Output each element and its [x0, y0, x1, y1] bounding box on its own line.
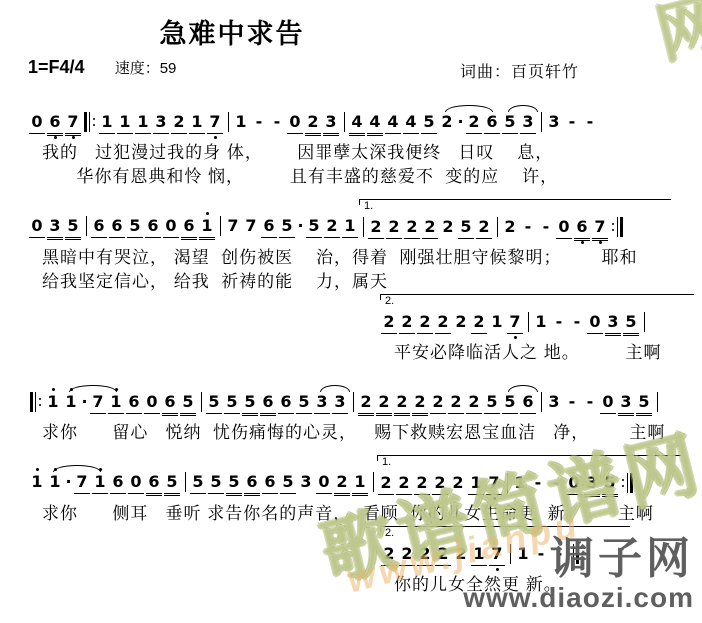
lyric-line: 华你有恩典和怜 悯， 且有丰盛的慈爱不 变的应 许，: [42, 165, 702, 189]
barline: [524, 305, 532, 341]
duration-dash: -: [581, 385, 599, 421]
note: 1: [134, 105, 152, 141]
note: 3: [152, 105, 170, 141]
notation-line: 2.222222171--035: [380, 294, 702, 341]
note: 1: [107, 385, 125, 421]
note: 1: [232, 105, 250, 141]
augmentation-dot: ·: [80, 385, 89, 421]
note: 2: [465, 105, 483, 141]
repeat-start-sign: [82, 105, 98, 141]
music-system: 03566560617765·5211.22222522--067黑暗中有哭泣，…: [28, 199, 702, 294]
barline: [224, 105, 232, 141]
note: 2: [429, 385, 447, 421]
note: 2: [393, 385, 411, 421]
note: 2: [170, 105, 188, 141]
note: 2: [438, 105, 456, 141]
note: 7: [64, 105, 82, 141]
note: 7: [73, 465, 91, 501]
note: 1: [62, 385, 80, 421]
note: 5: [207, 465, 225, 501]
augmentation-dot: ·: [64, 465, 73, 501]
watermark-diaozi: 调子网 www.diaozi.com: [463, 536, 694, 614]
duration-dash: -: [581, 105, 599, 141]
note: 5: [305, 209, 323, 245]
duration-dash: -: [268, 105, 286, 141]
note: 5: [622, 305, 640, 341]
repeat-colon-dots: [612, 223, 614, 231]
note: 2: [323, 209, 341, 245]
note: 5: [241, 385, 259, 421]
note: 5: [223, 385, 241, 421]
note: 5: [501, 385, 519, 421]
note: 0: [127, 465, 145, 501]
lyric-line: 黑暗中有哭泣， 渴望 创伤被医 治，得着 刚强壮胆守候黎明； 耶和: [42, 246, 702, 270]
note: 1: [44, 385, 62, 421]
barline: [216, 209, 224, 245]
octave-dot-below: [54, 136, 57, 139]
note: 6: [259, 385, 277, 421]
duration-dash: -: [563, 385, 581, 421]
note: 2: [411, 385, 429, 421]
note: 6: [161, 385, 179, 421]
volta-segment: 1.22222522--067: [359, 199, 671, 246]
note: 1: [341, 209, 359, 245]
note: 0: [586, 305, 604, 341]
lyric-line: 平安必降临活人之 地。 主啊: [394, 341, 702, 365]
note: 2: [375, 385, 393, 421]
barline: [537, 105, 545, 141]
note: 2: [421, 210, 439, 246]
note: 2: [475, 210, 493, 246]
note: 7: [89, 385, 107, 421]
note: 4: [402, 105, 420, 141]
note: 6: [145, 465, 163, 501]
note: 6: [573, 210, 591, 246]
note: 1: [46, 465, 64, 501]
barline: [349, 385, 357, 421]
note: 2: [357, 385, 375, 421]
duration-dash: -: [563, 105, 581, 141]
note: 2: [501, 210, 519, 246]
note: 2: [452, 305, 470, 341]
notation-segment: 11·7160655556653322222225563--035: [28, 375, 661, 421]
note: 1: [188, 105, 206, 141]
note: 2: [304, 105, 322, 141]
barline: [82, 209, 90, 245]
note: 5: [279, 465, 297, 501]
note: 2: [367, 210, 385, 246]
meta-row: 1=F4/4 速度：59 词曲：百页轩竹: [28, 57, 702, 81]
note: 6: [125, 385, 143, 421]
note: 1: [532, 305, 550, 341]
note: 4: [366, 105, 384, 141]
note: 5: [189, 465, 207, 501]
note: 5: [483, 385, 501, 421]
note: 3: [617, 385, 635, 421]
note: 0: [599, 385, 617, 421]
note: 5: [126, 209, 144, 245]
note: 3: [297, 465, 315, 501]
note: 1: [91, 465, 109, 501]
note: 5: [205, 385, 223, 421]
tempo-marking: 速度：59: [115, 60, 177, 77]
note: 2: [434, 305, 452, 341]
notation-segment: 11·7160655556653021: [28, 455, 377, 501]
note: 0: [555, 210, 573, 246]
note: 3: [46, 209, 64, 245]
note: 6: [483, 105, 501, 141]
note: 5: [420, 105, 438, 141]
note: 6: [260, 209, 278, 245]
barline: [537, 385, 545, 421]
augmentation-dot: ·: [296, 209, 305, 245]
note: 3: [545, 105, 563, 141]
song-title: 急难中求告: [0, 12, 464, 51]
note: 1: [28, 465, 46, 501]
repeat-colon-dots: [93, 118, 95, 126]
composer-credit: 词曲：百页轩竹: [460, 59, 579, 82]
notation-line: 03566560617765·5211.22222522--067: [28, 199, 702, 246]
barline: [493, 210, 501, 246]
duration-dash: -: [550, 305, 568, 341]
key-signature: 1=F4/4: [28, 57, 85, 77]
note: 0: [28, 209, 46, 245]
repeat-start-sign: [28, 385, 44, 421]
notation-segment: 06711132171--023444452·26533--: [28, 95, 599, 141]
octave-dot-below: [514, 336, 517, 339]
note: 6: [109, 465, 127, 501]
note: 3: [519, 105, 537, 141]
note: 2: [416, 305, 434, 341]
note: 2: [447, 385, 465, 421]
note: 2: [439, 210, 457, 246]
duration-dash: -: [537, 210, 555, 246]
notation-line: 11·7160655556653322222225563--035: [28, 375, 702, 421]
note: 2: [398, 305, 416, 341]
note: 5: [457, 210, 475, 246]
note: 1: [116, 105, 134, 141]
note: 3: [604, 305, 622, 341]
note: 7: [506, 305, 524, 341]
note: 0: [162, 209, 180, 245]
music-system: 2.222222171--035平安必降临活人之 地。 主啊: [380, 294, 702, 365]
note: 7: [591, 210, 609, 246]
sheet-music-page: 急难中求告 1=F4/4 速度：59 词曲：百页轩竹 06711132171--…: [0, 0, 702, 623]
note: 5: [295, 385, 313, 421]
barline: [359, 210, 367, 246]
repeat-end-sign: [609, 210, 625, 246]
watermark-site-url: www.diaozi.com: [463, 582, 694, 614]
note: 6: [90, 209, 108, 245]
note: 1: [198, 209, 216, 245]
note: 6: [277, 385, 295, 421]
lyric-line: 给我坚定信心， 给我 祈祷的能 力，属天: [42, 270, 702, 294]
note: 4: [384, 105, 402, 141]
barline: [640, 305, 648, 341]
note: 2: [385, 210, 403, 246]
note: 2: [380, 305, 398, 341]
barline: [340, 105, 348, 141]
note: 5: [179, 385, 197, 421]
note: 3: [331, 385, 349, 421]
note: 2: [470, 305, 488, 341]
note: 7: [206, 105, 224, 141]
octave-dot-below: [599, 241, 602, 244]
note: 1: [98, 105, 116, 141]
note: 3: [322, 105, 340, 141]
barline: [197, 385, 205, 421]
note: 0: [286, 105, 304, 141]
note: 2: [403, 210, 421, 246]
note: 4: [348, 105, 366, 141]
duration-dash: -: [568, 305, 586, 341]
watermark-site-name: 调子网: [463, 536, 694, 582]
note: 7: [224, 209, 242, 245]
barline: [181, 465, 189, 501]
duration-dash: -: [519, 210, 537, 246]
note: 6: [144, 209, 162, 245]
octave-dot-below: [214, 136, 217, 139]
note: 6: [519, 385, 537, 421]
volta-segment: 2.222222171--035: [380, 294, 694, 341]
repeat-colon-dots: [39, 398, 41, 406]
note: 0: [28, 105, 46, 141]
note: 6: [243, 465, 261, 501]
note: 6: [180, 209, 198, 245]
lyric-line: 我的 过犯漫过我的身 体， 因罪孽太深我便终 日叹 息，: [42, 141, 702, 165]
note: 1: [488, 305, 506, 341]
notation-segment: 03566560617765·521: [28, 199, 359, 245]
note: 6: [261, 465, 279, 501]
note: 5: [225, 465, 243, 501]
note: 5: [163, 465, 181, 501]
duration-dash: -: [250, 105, 268, 141]
augmentation-dot: ·: [456, 105, 465, 141]
note: 5: [64, 209, 82, 245]
notation-line: 06711132171--023444452·26533--: [28, 95, 702, 141]
note: 6: [108, 209, 126, 245]
note: 3: [545, 385, 563, 421]
music-system: 06711132171--023444452·26533--我的 过犯漫过我的身…: [28, 95, 702, 189]
octave-dot-below: [72, 136, 75, 139]
note: 3: [313, 385, 331, 421]
octave-dot-below: [581, 241, 584, 244]
note: 5: [501, 105, 519, 141]
note: 7: [242, 209, 260, 245]
note: 5: [278, 209, 296, 245]
note: 2: [465, 385, 483, 421]
note: 0: [143, 385, 161, 421]
note: 6: [46, 105, 64, 141]
